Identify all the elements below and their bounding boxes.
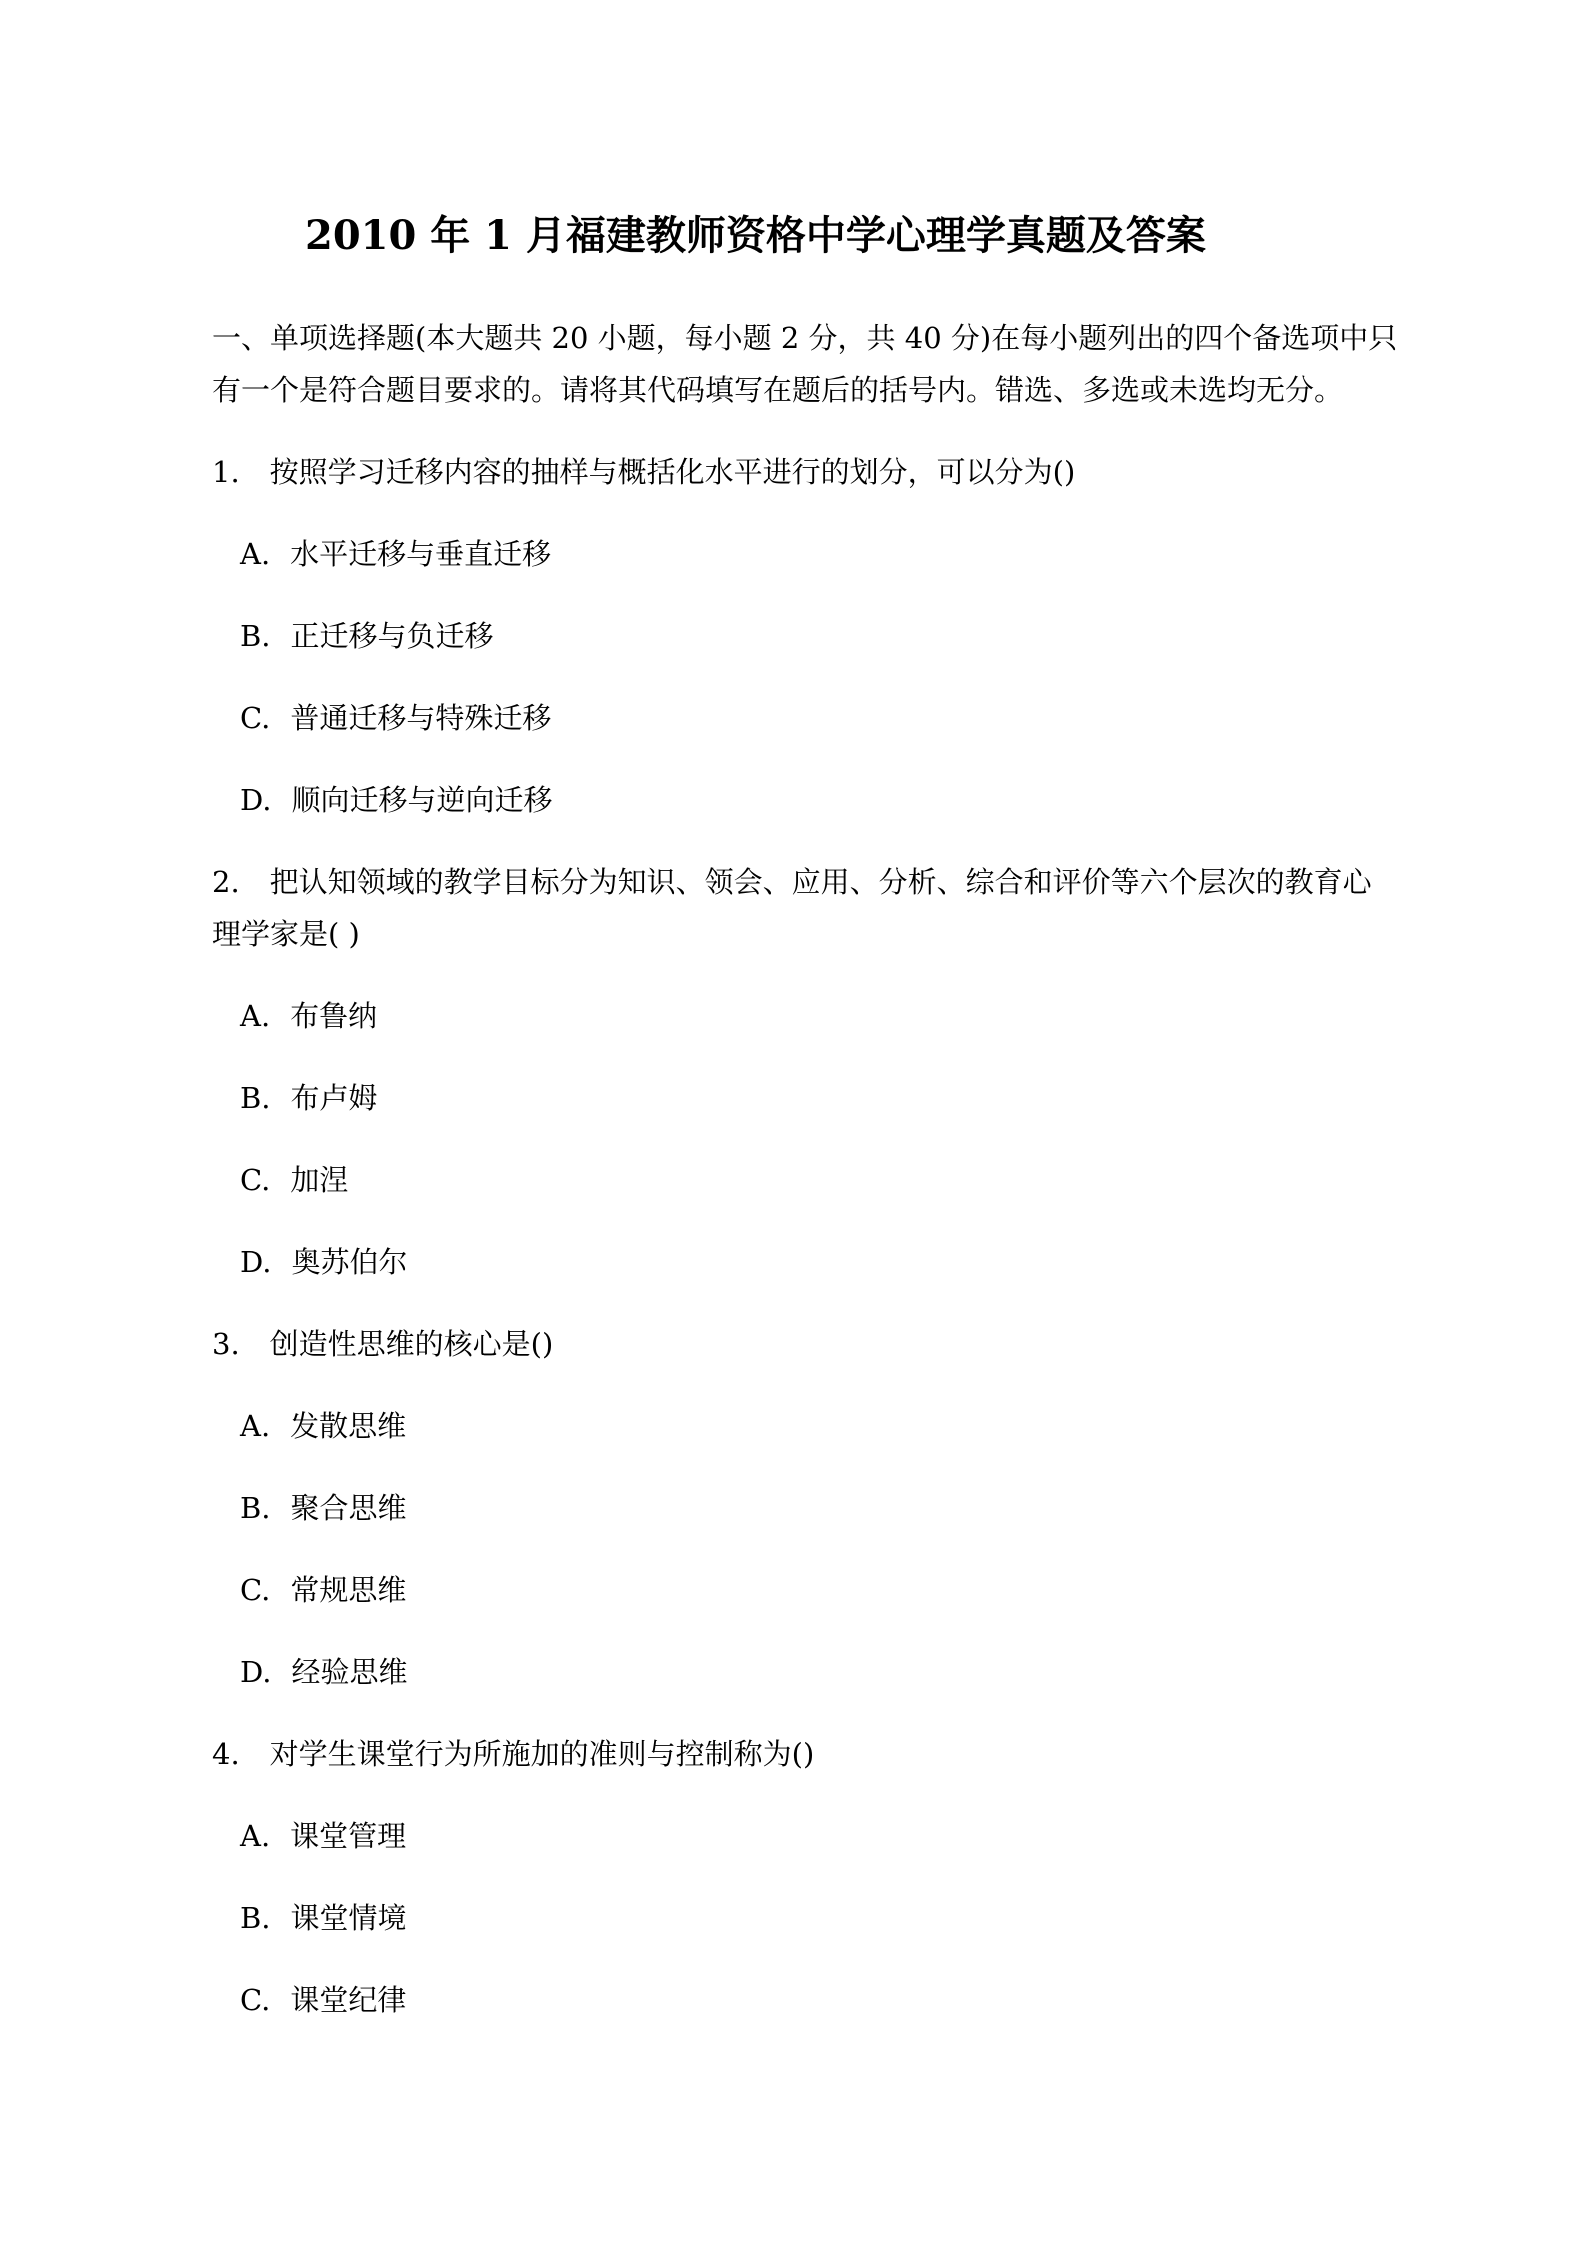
question-3: 3.创造性思维的核心是(): [212, 1318, 1420, 1370]
question-4-option-c-label: C.: [240, 1983, 270, 2017]
question-4-option-c-text: 课堂纪律: [290, 1983, 406, 2017]
question-2-option-a-label: A.: [240, 999, 270, 1033]
question-1-option-a: A.水平迁移与垂直迁移: [240, 528, 1420, 580]
document-title: 2010 年 1 月福建教师资格中学心理学真题及答案: [305, 208, 1420, 264]
question-4-option-c: C.课堂纪律: [240, 1974, 1420, 2026]
question-2-option-c-text: 加涅: [290, 1163, 348, 1197]
question-3-option-a: A.发散思维: [240, 1400, 1420, 1452]
question-2-option-d: D.奥苏伯尔: [240, 1236, 1420, 1288]
question-2-option-d-label: D.: [240, 1245, 271, 1279]
question-1-option-d-text: 顺向迁移与逆向迁移: [291, 783, 552, 817]
question-2-option-c: C.加涅: [240, 1154, 1420, 1206]
question-1-option-a-label: A.: [240, 537, 270, 571]
question-2-option-b-label: B.: [240, 1081, 271, 1115]
question-3-option-b: B.聚合思维: [240, 1482, 1420, 1534]
question-3-option-c-label: C.: [240, 1573, 270, 1607]
question-1-option-d: D.顺向迁移与逆向迁移: [240, 774, 1420, 826]
question-3-option-d-label: D.: [240, 1655, 271, 1689]
question-3-text: 创造性思维的核心是(): [270, 1327, 554, 1361]
question-3-option-b-text: 聚合思维: [291, 1491, 407, 1525]
question-4-text: 对学生课堂行为所施加的准则与控制称为(): [270, 1737, 815, 1771]
question-3-option-a-label: A.: [240, 1409, 270, 1443]
question-1-number: 1.: [212, 455, 240, 489]
question-4-option-b: B.课堂情境: [240, 1892, 1420, 1944]
question-4-option-a-label: A.: [240, 1819, 270, 1853]
question-2-option-a-text: 布鲁纳: [290, 999, 377, 1033]
question-1-option-a-text: 水平迁移与垂直迁移: [290, 537, 551, 571]
question-3-option-d: D.经验思维: [240, 1646, 1420, 1698]
question-1-option-c-text: 普通迁移与特殊迁移: [290, 701, 551, 735]
question-2-option-d-text: 奥苏伯尔: [291, 1245, 407, 1279]
question-1: 1.按照学习迁移内容的抽样与概括化水平进行的划分，可以分为(): [212, 446, 1420, 498]
question-4-option-a: A.课堂管理: [240, 1810, 1420, 1862]
question-4: 4.对学生课堂行为所施加的准则与控制称为(): [212, 1728, 1420, 1780]
question-2: 2.把认知领域的教学目标分为知识、领会、应用、分析、综合和评价等六个层次的教育心…: [212, 856, 1420, 960]
question-3-option-c-text: 常规思维: [290, 1573, 406, 1607]
question-2-text: 把认知领域的教学目标分为知识、领会、应用、分析、综合和评价等六个层次的教育心 理…: [212, 865, 1372, 951]
question-1-option-b-text: 正迁移与负迁移: [291, 619, 494, 653]
question-1-option-c-label: C.: [240, 701, 270, 735]
section-instructions: 一、单项选择题(本大题共 20 小题，每小题 2 分，共 40 分)在每小题列出…: [212, 312, 1420, 416]
question-3-option-c: C.常规思维: [240, 1564, 1420, 1616]
question-1-option-b-label: B.: [240, 619, 271, 653]
question-2-option-a: A.布鲁纳: [240, 990, 1420, 1042]
question-3-option-d-text: 经验思维: [291, 1655, 407, 1689]
question-4-option-b-text: 课堂情境: [291, 1901, 407, 1935]
question-2-option-b: B.布卢姆: [240, 1072, 1420, 1124]
question-4-number: 4.: [212, 1737, 240, 1771]
question-3-option-a-text: 发散思维: [290, 1409, 406, 1443]
question-1-option-d-label: D.: [240, 783, 271, 817]
question-2-number: 2.: [212, 865, 240, 899]
question-4-option-b-label: B.: [240, 1901, 271, 1935]
question-1-option-b: B.正迁移与负迁移: [240, 610, 1420, 662]
question-1-option-c: C.普通迁移与特殊迁移: [240, 692, 1420, 744]
question-2-option-b-text: 布卢姆: [291, 1081, 378, 1115]
document-page: 2010 年 1 月福建教师资格中学心理学真题及答案 一、单项选择题(本大题共 …: [0, 0, 1586, 2244]
question-1-text: 按照学习迁移内容的抽样与概括化水平进行的划分，可以分为(): [270, 455, 1076, 489]
question-3-option-b-label: B.: [240, 1491, 271, 1525]
question-4-option-a-text: 课堂管理: [290, 1819, 406, 1853]
question-2-option-c-label: C.: [240, 1163, 270, 1197]
question-3-number: 3.: [212, 1327, 240, 1361]
